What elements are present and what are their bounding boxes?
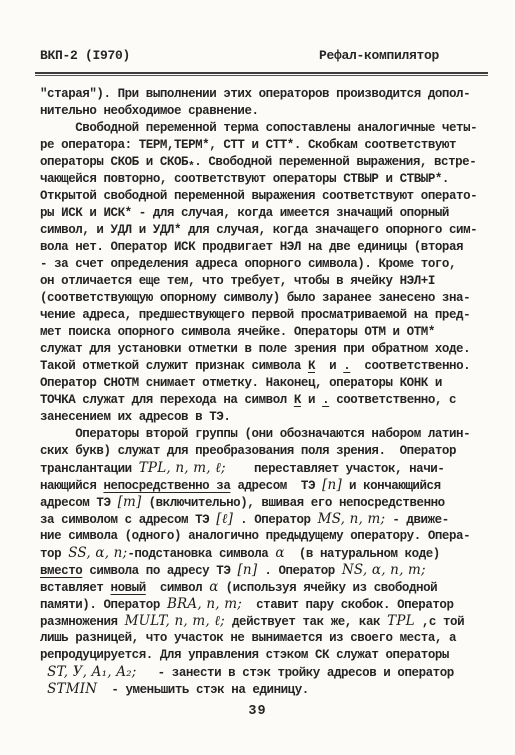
typed-text: нающийся [40, 479, 103, 493]
typed-text: соответственно, с [329, 393, 456, 407]
typed-text: чающейся повторно, соответствуют операто… [40, 172, 449, 186]
typed-text: за символом с адресом ТЭ [40, 513, 216, 527]
typed-text: адресом ТЭ [230, 479, 322, 493]
typed-text: соответственно. [350, 359, 470, 373]
typed-text: символ, и УДЛ и УДЛ* для случая, когда з… [40, 223, 477, 237]
text-line: чение адреса, предшествующего первой про… [40, 307, 500, 324]
handwritten-formula: SS, α, n; [68, 545, 127, 561]
text-line: ТОЧКА служат для перехода на символ К и … [40, 392, 500, 409]
typed-text: нительно необходимое сравнение. [40, 104, 259, 118]
typed-text: и [315, 359, 343, 373]
text-line: размножения MULT, n, m, ℓ; действует так… [40, 613, 500, 630]
typed-text: адресом ТЭ [40, 496, 118, 510]
text-line: Оператор СНОТМ снимает отметку. Наконец,… [40, 375, 500, 392]
handwritten-formula: [ℓ] [216, 511, 233, 527]
handwritten-formula: ST, У, A₁, A₂; [47, 664, 136, 680]
text-line: памяти). Оператор BRA, n, m; ставит пару… [40, 596, 500, 613]
typed-text: символ [146, 581, 209, 595]
text-line: ры ИСК и ИСК* - для случая, когда имеетс… [40, 205, 500, 222]
typed-text: занесением их адресов в ТЭ. [40, 410, 230, 424]
text-line: нительно необходимое сравнение. [40, 103, 500, 120]
typed-text: ,с той [415, 615, 464, 629]
typed-text: - занести в стэк тройку адресов и операт… [137, 666, 454, 680]
text-line: служат для установки отметки в поле зрен… [40, 341, 500, 358]
text-line: "старая"). При выполнении этих операторо… [40, 86, 500, 103]
text-line: (соответствующую опорному символу) было … [40, 290, 500, 307]
text-line: занесением их адресов в ТЭ. [40, 409, 500, 426]
text-line: Операторы второй группы (они обозначаютс… [40, 426, 500, 443]
typed-text: . Оператор [257, 564, 342, 578]
handwritten-formula: MULT, n, m, ℓ; [125, 613, 225, 629]
typed-text: (соответствующую опорному символу) было … [40, 291, 470, 305]
typed-text: вставляет [40, 581, 111, 595]
handwritten-formula: α [275, 545, 284, 561]
typed-text: ние символа (одного) аналогично предыдущ… [40, 529, 470, 543]
text-line: ре оператора: ТЕРМ,ТЕРМ*, СТТ и СТТ*. Ск… [40, 137, 500, 154]
typed-text: вола нет. Оператор ИСК продвигает НЭЛ на… [40, 240, 463, 254]
typed-text: операторы СКОБ и СКОБ [40, 155, 188, 169]
typed-text: (включительно), вшивая его непосредствен… [142, 496, 445, 510]
typed-text: ре оператора: ТЕРМ,ТЕРМ*, СТТ и СТТ*. Ск… [40, 138, 456, 152]
handwritten-formula: BRA, n, m; [167, 596, 242, 612]
typed-text: лишь разницей, что участок не вынимается… [40, 631, 456, 645]
typed-text: - за счет определения адреса опорного си… [40, 257, 456, 271]
typed-text: чение адреса, предшествующего первой про… [40, 308, 470, 322]
text-line: Такой отметкой служит признак символа К … [40, 358, 500, 375]
header-doc-code: ВКП-2 (I970) [40, 48, 130, 63]
typed-text: непосредственно за [103, 479, 230, 493]
text-line: ние символа (одного) аналогично предыдущ… [40, 528, 500, 545]
typed-text: служат для установки отметки в поле зрен… [40, 342, 470, 356]
typed-text: новый [111, 581, 146, 595]
typed-text: мет поиска опорного символа ячейке. Опер… [40, 325, 435, 339]
typed-text: ТОЧКА служат для перехода на символ [40, 393, 294, 407]
typed-text: "старая"). При выполнении этих операторо… [40, 87, 470, 101]
typed-text: репродуцируется. Для управления стэком С… [40, 648, 449, 662]
handwritten-formula: α [209, 579, 218, 595]
typed-text: переставляет участок, начи- [226, 462, 445, 476]
typed-text: ры ИСК и ИСК* - для случая, когда имеетс… [40, 206, 449, 220]
text-line: нающийся непосредственно за адресом ТЭ [… [40, 477, 500, 494]
text-line: адресом ТЭ [m] (включительно), вшивая ег… [40, 494, 500, 511]
typed-text: и [301, 393, 322, 407]
typed-text: вместо [40, 564, 82, 578]
typed-text: К [294, 393, 301, 407]
typed-text [40, 666, 47, 680]
page-header: ВКП-2 (I970) Рефал-компилятор [40, 48, 485, 63]
handwritten-formula: NS, α, n, m; [342, 562, 426, 578]
text-line: - за счет определения адреса опорного си… [40, 256, 500, 273]
text-line: Свободной переменной терма сопоставлены … [40, 120, 500, 137]
typed-text: Такой отметкой служит признак символа [40, 359, 308, 373]
text-line: вставляет новый символ α (используя ячей… [40, 579, 500, 596]
handwritten-formula: TPL, n, m, ℓ; [139, 460, 226, 476]
typed-text: (в натуральном коде) [285, 547, 440, 561]
typed-text: Свободной переменной терма сопоставлены … [40, 121, 477, 135]
typed-text: тор [40, 547, 68, 561]
handwritten-formula: TPL [387, 613, 415, 629]
typed-text: действует так же, как [225, 615, 387, 629]
page-number: 39 [0, 704, 515, 719]
typed-text: Оператор СНОТМ снимает отметку. Наконец,… [40, 376, 442, 390]
body-text: "старая"). При выполнении этих операторо… [40, 86, 500, 698]
typed-text: - движе- [385, 513, 448, 527]
header-rule [35, 72, 488, 76]
text-line: лишь разницей, что участок не вынимается… [40, 630, 500, 647]
text-line: вола нет. Оператор ИСК продвигает НЭЛ на… [40, 239, 500, 256]
text-line: символ, и УДЛ и УДЛ* для случая, когда з… [40, 222, 500, 239]
typed-text: ских букв) служат для преобразования пол… [40, 444, 456, 458]
handwritten-formula: [n] [237, 562, 257, 578]
header-doc-title: Рефал-компилятор [319, 48, 485, 63]
text-line: вместо символа по адресу ТЭ [n] . Операт… [40, 562, 500, 579]
text-line: операторы СКОБ и СКОБ*. Свободной переме… [40, 154, 500, 171]
handwritten-formula: [m] [118, 494, 142, 510]
typed-text: -подстановка символа [127, 547, 275, 561]
typed-text: . Оператор [233, 513, 318, 527]
text-line: он отличается еще тем, что требует, чтоб… [40, 273, 500, 290]
typed-text: Открытой свободной переменной выражения … [40, 189, 477, 203]
typed-text: (используя ячейку из свободной [219, 581, 438, 595]
text-line: транслантации TPL, n, m, ℓ; переставляет… [40, 460, 500, 477]
text-line: ST, У, A₁, A₂; - занести в стэк тройку а… [40, 664, 500, 681]
typed-text: * [188, 159, 194, 176]
typed-text: размножения [40, 615, 125, 629]
text-line: ских букв) служат для преобразования пол… [40, 443, 500, 460]
typed-text: К [308, 359, 315, 373]
text-line: тор SS, α, n;-подстановка символа α (в н… [40, 545, 500, 562]
text-line: репродуцируется. Для управления стэком С… [40, 647, 500, 664]
text-line: чающейся повторно, соответствуют операто… [40, 171, 500, 188]
typed-text: Операторы второй группы (они обозначаютс… [40, 427, 470, 441]
typed-text: он отличается еще тем, что требует, чтоб… [40, 274, 435, 288]
text-line: мет поиска опорного символа ячейке. Опер… [40, 324, 500, 341]
document-page: ВКП-2 (I970) Рефал-компилятор "старая").… [0, 0, 515, 755]
typed-text: символа по адресу ТЭ [82, 564, 237, 578]
text-line: за символом с адресом ТЭ [ℓ] . Оператор … [40, 511, 500, 528]
typed-text: - уменьшить стэк на единицу. [97, 683, 309, 697]
handwritten-formula: STMIN [47, 681, 97, 697]
typed-text: ставит пару скобок. Оператор [242, 598, 454, 612]
text-line: STMIN - уменьшить стэк на единицу. [40, 681, 500, 698]
typed-text: транслантации [40, 462, 139, 476]
handwritten-formula: MS, n, m; [318, 511, 386, 527]
typed-text: и кончающийся [342, 479, 441, 493]
typed-text: памяти). Оператор [40, 598, 167, 612]
handwritten-formula: [n] [322, 477, 342, 493]
typed-text: . Свободной переменной выражения, встре- [194, 155, 476, 169]
typed-text [40, 683, 47, 697]
text-line: Открытой свободной переменной выражения … [40, 188, 500, 205]
